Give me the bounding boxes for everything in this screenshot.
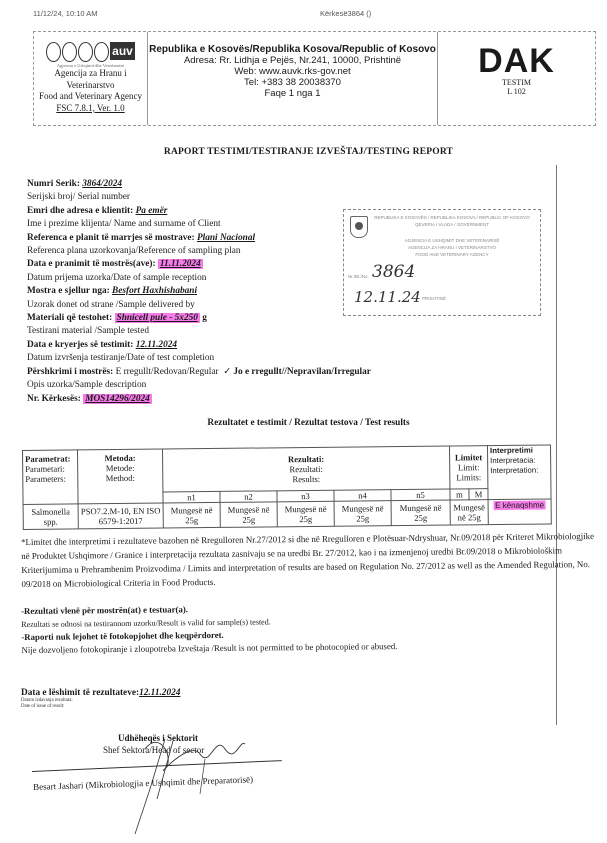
col-interpretation-header: InterpretimiInterpretacia:Interpretation… — [487, 445, 551, 500]
coat-of-arms-icon — [350, 216, 368, 238]
issue-date-block: Data e lëshimit të rezultateve:12.11.202… — [21, 688, 180, 710]
desc-label: Përshkrimi i mostrës: — [27, 367, 113, 377]
n3-cell: Mungesë në 25g — [277, 501, 334, 527]
received-label: Data e pranimit të mostrës(ave): — [27, 259, 156, 269]
material-value: Shnicell pule - 5x250 — [115, 313, 200, 323]
agency-block: auv Agjencia e Ushqimit dhe Veterinarisë… — [34, 32, 148, 125]
material-sub: Testirani material /Sample tested — [27, 325, 371, 338]
accreditation-block: DAK TESTIM L 102 — [438, 32, 595, 125]
agency-logo: auv — [34, 42, 147, 62]
method-cell: PSO7.2.M-10, EN ISO 6579-1:2017 — [78, 503, 163, 529]
stamp-line: REPUBLIKA E KOSOVËS / REPUBLIKA KOSOVA /… — [372, 215, 532, 221]
header-row: Parametrat:Parametari:Parameters: Metoda… — [23, 445, 551, 494]
report-title: RAPORT TESTIMI/TESTIRANJE IZVEŠTAJ/TESTI… — [0, 147, 607, 157]
completion-label: Data e kryerjes së testimit: — [27, 340, 133, 350]
serial-sub: Serijski broj/ Serial number — [27, 191, 371, 204]
stamp-number-handwritten: 3864 — [372, 262, 415, 282]
plan-sub: Referenca plana uzorkovanja/Reference of… — [27, 245, 371, 258]
n2-header: n2 — [220, 491, 277, 503]
n2-cell: Mungesë në 25g — [220, 502, 277, 528]
scan-edge-line — [556, 165, 557, 725]
agency-name-en: Food and Veterinary Agency — [34, 91, 147, 103]
interpretation-value: E kënaqshme — [493, 501, 546, 511]
contact-block: Republika e Kosovës/Republika Kosova/Rep… — [148, 32, 438, 125]
issue-value: 12.11.2024 — [139, 688, 180, 698]
delivered-value: Besfort Haxhishabani — [112, 286, 197, 296]
validity-rules: -Rezultati vlenë për mostrën(at) e testu… — [21, 601, 397, 657]
serial-value: 3864/2024 — [82, 179, 122, 189]
results-table: Parametrat:Parametari:Parameters: Metoda… — [22, 444, 552, 530]
website: Web: www.auvk.rks-gov.net — [148, 66, 437, 77]
interpretation-cell: E kënaqshme — [488, 499, 551, 525]
issue-label: Data e lëshimit të rezultateve: — [21, 688, 139, 698]
n1-header: n1 — [163, 491, 220, 503]
issue-sub-2: Date of issue of result: — [21, 704, 180, 710]
n5-header: n5 — [391, 489, 450, 501]
page-number: Faqe 1 nga 1 — [148, 88, 437, 99]
rule-2-sub: Nije dozvoljeno fotokopiranje i zloupotr… — [21, 640, 397, 657]
delivered-label: Mostra e sjellur nga: — [27, 286, 110, 296]
checkmark-icon: ✓ — [223, 367, 231, 377]
delivered-sub: Uzorak donet od strane /Sample delivered… — [27, 299, 371, 312]
letterhead: auv Agjencia e Ushqimit dhe Veterinarisë… — [33, 31, 596, 126]
dak-logo: DAK — [438, 44, 595, 78]
desc-regular: E rregullt/Redovan/Regular — [116, 367, 219, 377]
results-title: Rezultatet e testimit / Rezultat testova… — [0, 418, 607, 428]
stamp-line: AGJENCIA E USHQIMIT DHE VETERINARISË — [372, 238, 532, 244]
agency-name-sr-2: Veterinarstvo — [34, 80, 147, 92]
signature-block: Udhëheqës i Sektorit Shef Sektora/Head o… — [30, 733, 204, 755]
limit-m-header: m — [450, 489, 469, 500]
desc-irregular: Jo e rregullt//Nepravilan/Irregular — [233, 367, 371, 377]
received-value: 11.11.2024 — [158, 259, 203, 269]
desc-sub: Opis uzorka/Sample description — [27, 379, 371, 392]
request-label: Nr. Kërkesës: — [27, 394, 81, 404]
stamp-number-label: Nr./Br./No. — [348, 274, 369, 279]
limits-footnote: *Limitet dhe interpretimi i rezultateve … — [21, 529, 597, 591]
n4-cell: Mungesë në 25g — [334, 501, 391, 527]
n5-cell: Mungesë në 25g — [391, 500, 450, 526]
telephone: Tel: +383 38 20038370 — [148, 77, 437, 88]
serial-label: Numri Serik: — [27, 179, 80, 189]
stamp-date-handwritten: 12.11.24 — [354, 288, 421, 306]
limit-cell: Mungesë në 25g — [450, 500, 488, 525]
dak-code: L 102 — [438, 87, 595, 96]
logo-oval-icon — [46, 42, 61, 62]
agency-name-sr: Agencija za Hranu i — [34, 68, 147, 80]
completion-sub: Datum izvršenja testiranje/Date of test … — [27, 352, 371, 365]
official-stamp: REPUBLIKA E KOSOVËS / REPUBLIKA KOSOVA /… — [343, 209, 541, 316]
dak-testim: TESTIM — [438, 78, 595, 87]
client-label: Emri dhe adresa e klientit: — [27, 206, 133, 216]
form-code: FSC 7.8.1, Ver. 1.0 — [34, 103, 147, 115]
logo-oval-icon — [78, 42, 93, 62]
col-limit-header: LimitetLimit:Limits: — [449, 446, 487, 489]
stamp-line: AGENCIJA ZA HRANU I VETERINARSTVO — [372, 245, 532, 251]
plan-label: Referenca e planit të marrjes së mostrav… — [27, 233, 195, 243]
material-label: Materiali që testohet: — [27, 313, 112, 323]
table-row: Salmonella spp. PSO7.2.M-10, EN ISO 6579… — [23, 499, 551, 530]
n1-cell: Mungesë në 25g — [163, 502, 220, 528]
rule-1: -Rezultati vlenë për mostrën(at) e testu… — [21, 604, 188, 616]
plan-value: Plani Nacional — [197, 233, 255, 243]
stamp-line: QEVERIA / VLADA / GOVERNMENT — [372, 222, 532, 228]
request-value: MOS14296/2024 — [83, 394, 152, 404]
parameter-cell: Salmonella spp. — [23, 504, 78, 530]
logo-oval-icon — [94, 42, 109, 62]
client-sub: Ime i prezime klijenta/ Name and surname… — [27, 218, 371, 231]
report-fields: Numri Serik: 3864/2024 Serijski broj/ Se… — [27, 178, 371, 406]
stamp-place: PRISHTINË — [422, 296, 446, 301]
col-parameter-header: Parametrat:Parametari:Parameters: — [23, 450, 79, 505]
logo-oval-icon — [62, 42, 77, 62]
logo-auv-text: auv — [110, 42, 135, 60]
col-results-header: Rezultati:Rezultati:Results: — [162, 446, 449, 492]
rule-2: -Raporti nuk lejohet të fotokopjohet dhe… — [21, 630, 223, 642]
material-unit: g — [202, 313, 207, 323]
stamp-line: FOOD AND VETERINARY AGENCY — [372, 252, 532, 258]
client-value: Pa emër — [136, 206, 168, 216]
republic-name: Republika e Kosovës/Republika Kosova/Rep… — [148, 44, 437, 55]
print-datetime: 11/12/24, 10:10 AM — [33, 9, 98, 18]
col-method-header: Metoda:Metode:Method: — [78, 449, 164, 504]
limit-M-header: M — [469, 489, 488, 500]
address: Adresa: Rr. Lidhja e Pejës, Nr.241, 1000… — [148, 55, 437, 66]
received-sub: Datum prijema uzorka/Date of sample rece… — [27, 272, 371, 285]
completion-value: 12.11.2024 — [136, 340, 177, 350]
print-page-title: Kërkesë3864 () — [320, 9, 371, 18]
n3-header: n3 — [277, 490, 334, 502]
n4-header: n4 — [334, 490, 391, 502]
